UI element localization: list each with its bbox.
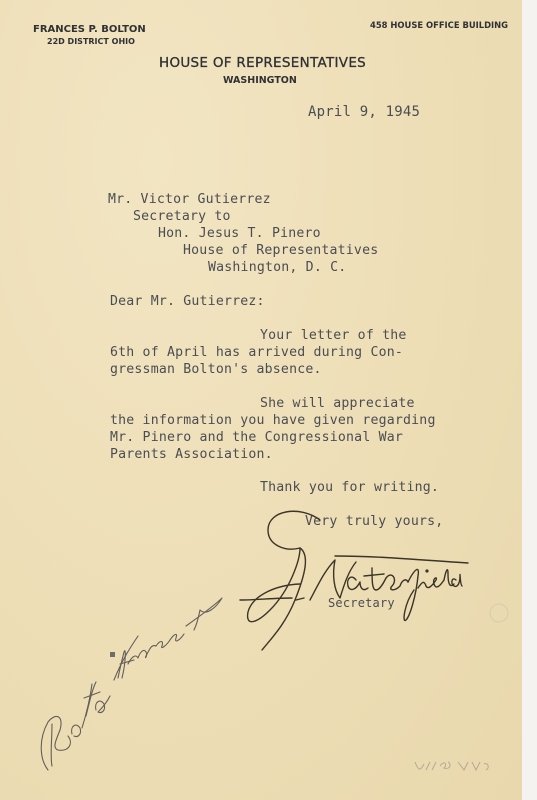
salutation: Dear Mr. Gutierrez:	[110, 294, 265, 309]
recipient-line-5: Washington, D. C.	[208, 260, 346, 275]
letterhead-name: FRANCES P. BOLTON	[33, 24, 146, 35]
paragraph-2-line-3: Mr. Pinero and the Congressional War	[110, 430, 403, 445]
letterhead-district: 22D DISTRICT OHIO	[47, 37, 135, 46]
recipient-line-3: Hon. Jesus T. Pinero	[158, 226, 321, 241]
letterhead-city: WASHINGTON	[223, 75, 297, 86]
letter-date: April 9, 1945	[308, 104, 420, 120]
paragraph-2-line-2: the information you have given regarding	[110, 413, 436, 428]
recipient-line-2: Secretary to	[133, 209, 231, 224]
letterhead-title: HOUSE OF REPRESENTATIVES	[159, 55, 366, 71]
paragraph-1-line-2: 6th of April has arrived during Con-	[110, 345, 403, 360]
closing-line: Very truly yours,	[305, 514, 443, 529]
thanks-line: Thank you for writing.	[260, 480, 439, 495]
letterhead-office: 458 HOUSE OFFICE BUILDING	[370, 20, 508, 30]
paragraph-2-line-4: Parents Association.	[110, 447, 273, 462]
signer-title: Secretary	[328, 596, 395, 610]
paragraph-2-line-1: She will appreciate	[260, 396, 415, 411]
recipient-line-4: House of Representatives	[183, 243, 378, 258]
recipient-line-1: Mr. Victor Gutierrez	[108, 192, 271, 207]
paragraph-1-line-1: Your letter of the	[260, 328, 407, 343]
scan-edge	[522, 0, 537, 800]
paragraph-1-line-3: gressman Bolton's absence.	[110, 362, 322, 377]
